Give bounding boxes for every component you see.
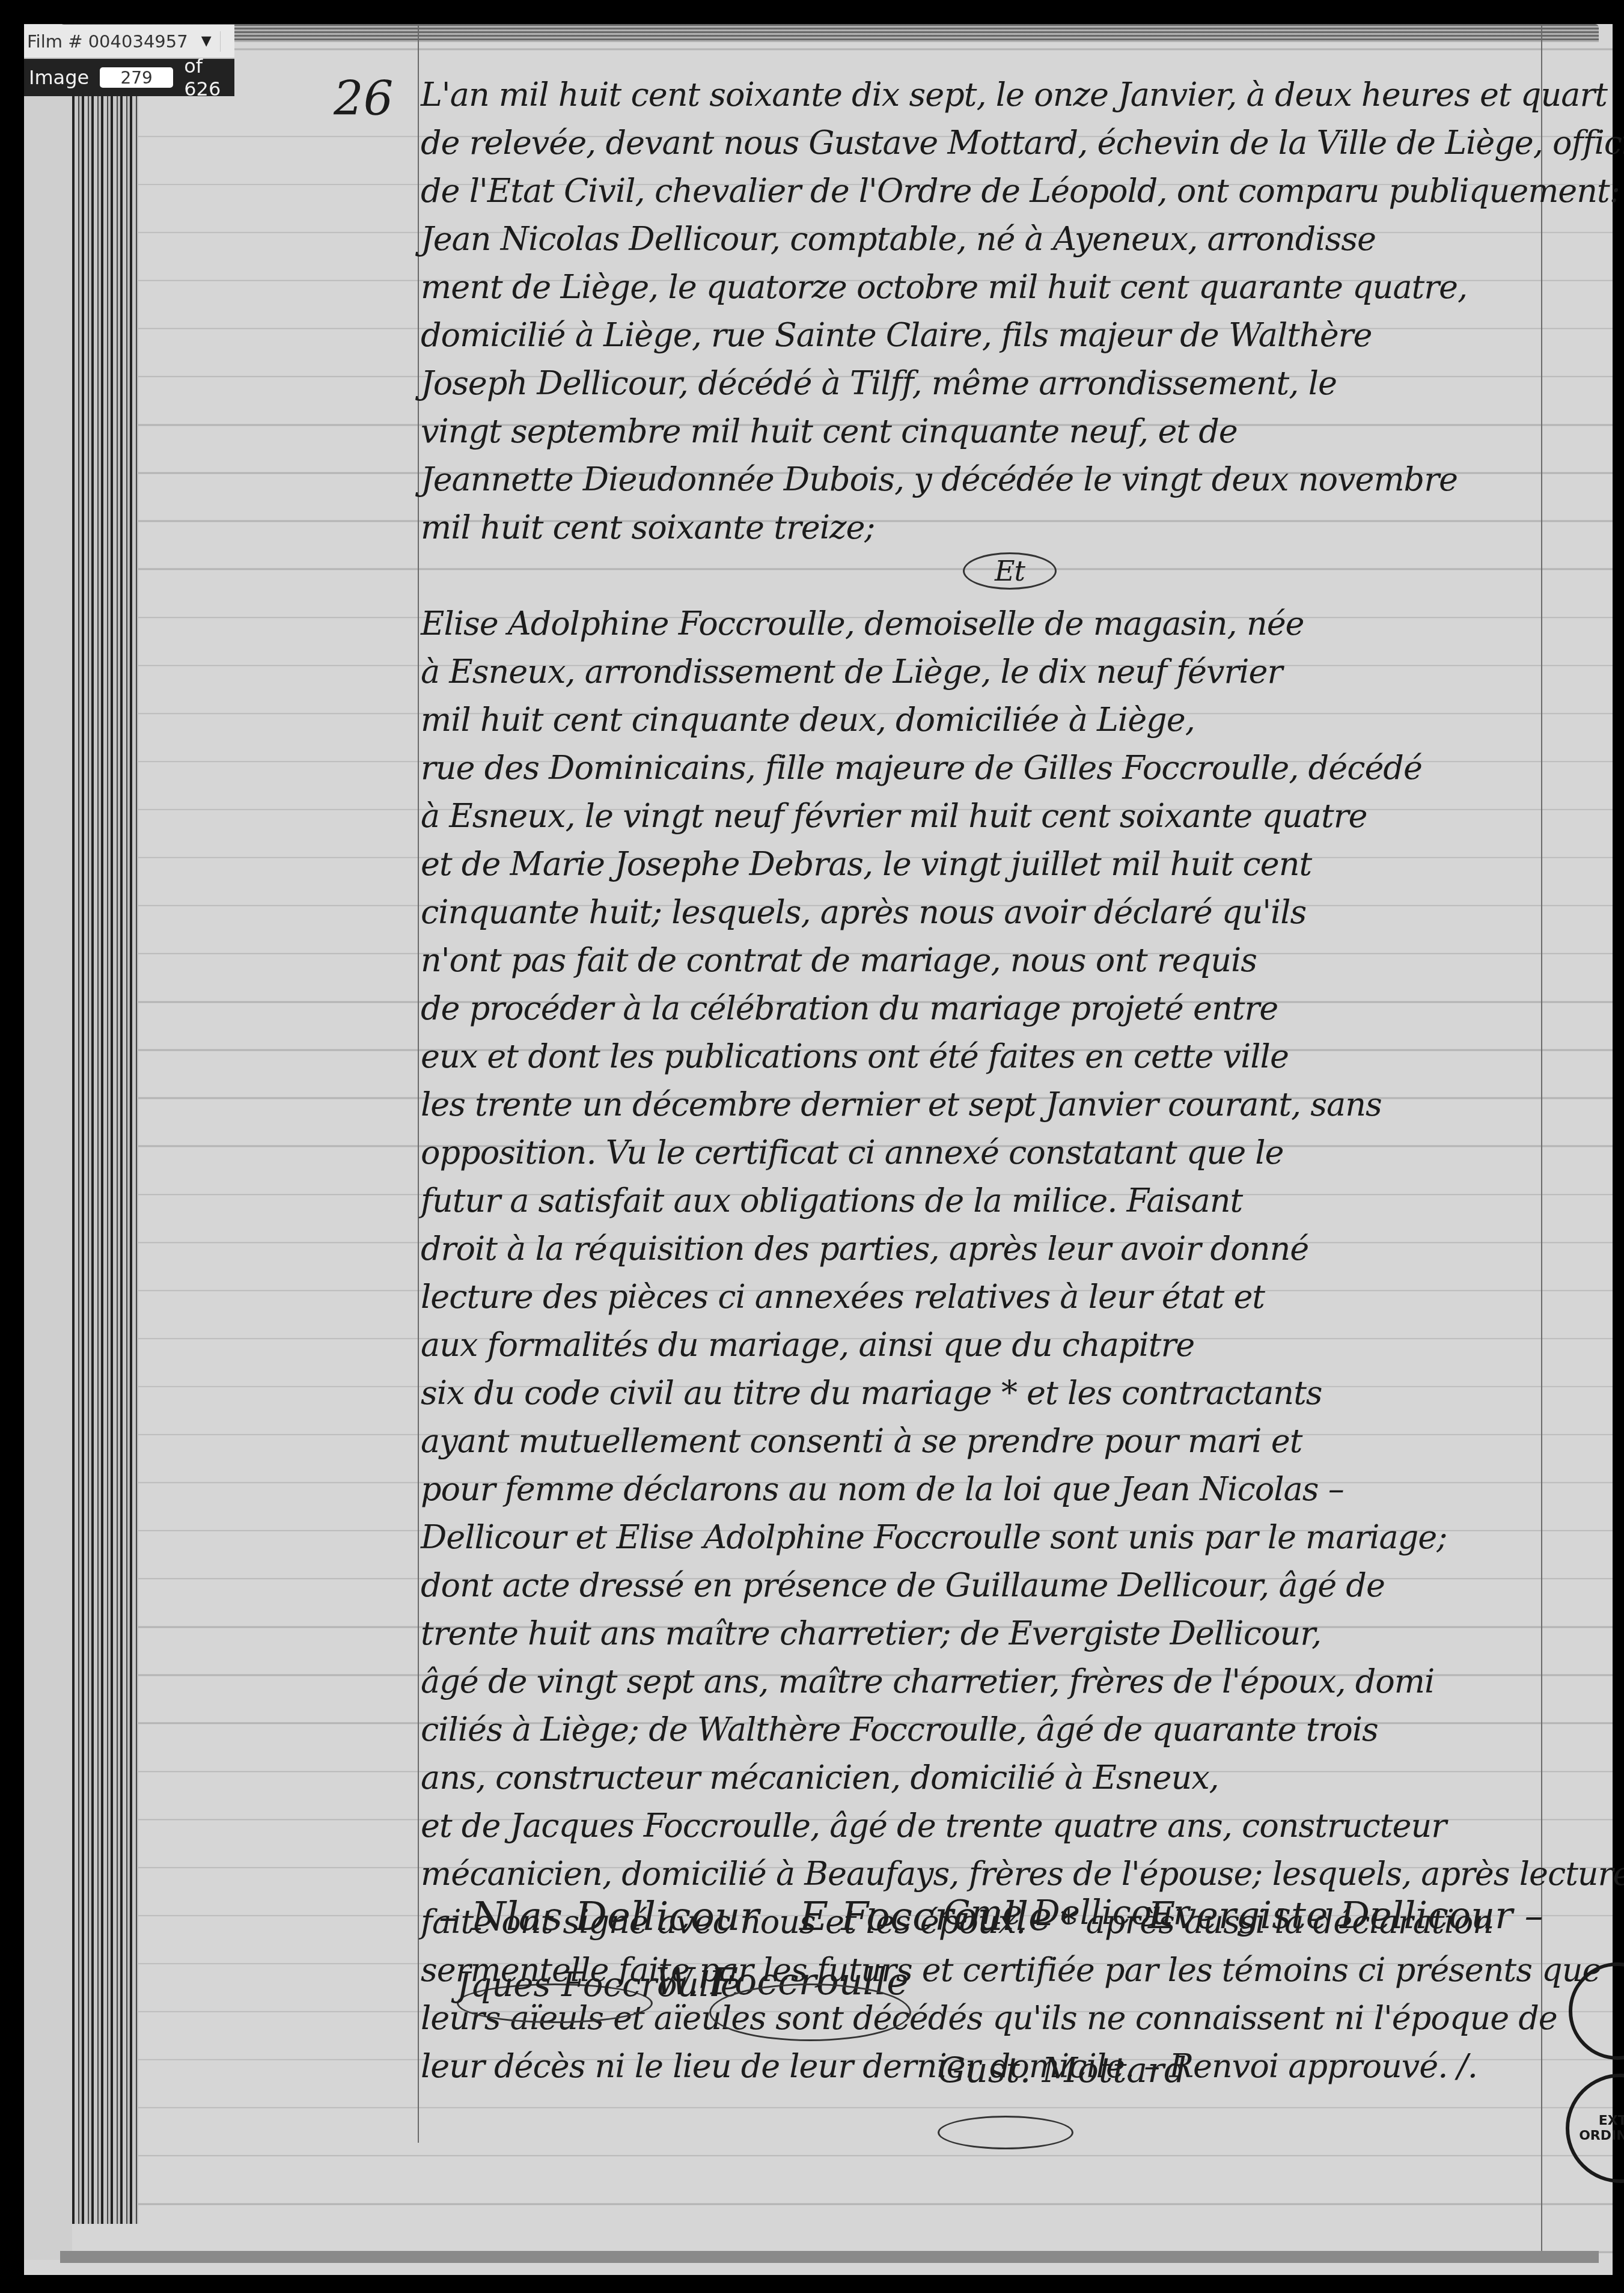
film-viewer-controls: Film # 004034957 ▼ Image of 626 xyxy=(24,25,234,96)
image-label: Image xyxy=(29,66,89,89)
text-line: lecture des pièces ci annexées relatives… xyxy=(421,1273,1563,1321)
text-line: rue des Dominicains, fille majeure de Gi… xyxy=(421,744,1563,792)
text-line: mil huit cent soixante treize; xyxy=(421,504,1563,552)
image-navigator: Image of 626 xyxy=(24,59,234,96)
signature-paraph xyxy=(938,2116,1073,2149)
signature-officer: Gust. Mottard xyxy=(938,2050,1186,2090)
text-line: six du code civil au titre du mariage * … xyxy=(421,1369,1563,1417)
text-line: de l'Etat Civil, chevalier de l'Ordre de… xyxy=(421,167,1563,215)
et-separator: Et xyxy=(421,552,1563,588)
text-line: et de Jacques Foccroulle, âgé de trente … xyxy=(421,1802,1563,1850)
text-line: les trente un décembre dernier et sept J… xyxy=(421,1081,1563,1129)
text-line: à Esneux, arrondissement de Liège, le di… xyxy=(421,648,1563,696)
text-line: aux formalités du mariage, ainsi que du … xyxy=(421,1321,1563,1369)
text-line: vingt septembre mil huit cent cinquante … xyxy=(421,408,1563,456)
text-line: cinquante huit; lesquels, après nous avo… xyxy=(421,888,1563,936)
text-line: domicilié à Liège, rue Sainte Claire, fi… xyxy=(421,311,1563,359)
signature-flourish xyxy=(709,1983,911,2041)
divider xyxy=(220,31,221,52)
text-line: ciliés à Liège; de Walthère Foccroulle, … xyxy=(421,1706,1563,1754)
caret-down-icon[interactable]: ▼ xyxy=(201,34,212,49)
text-line: opposition. Vu le certificat ci annexé c… xyxy=(421,1129,1563,1177)
text-line: ayant mutuellement consenti à se prendre… xyxy=(421,1417,1563,1465)
image-total-label: of 626 xyxy=(184,55,234,100)
text-line: à Esneux, le vingt neuf février mil huit… xyxy=(421,792,1563,840)
text-line: et de Marie Josephe Debras, le vingt jui… xyxy=(421,840,1563,888)
binding-strip xyxy=(24,96,72,2260)
book-binding-edges xyxy=(72,96,138,2224)
page-bottom-edge xyxy=(60,2251,1599,2263)
text-line: âgé de vingt sept ans, maître charretier… xyxy=(421,1658,1563,1706)
text-line: trente huit ans maître charretier; de Ev… xyxy=(421,1610,1563,1658)
text-line: mécanicien, domicilié à Beaufays, frères… xyxy=(421,1850,1563,1898)
text-line: futur a satisfait aux obligations de la … xyxy=(421,1177,1563,1225)
et-circled-label: Et xyxy=(963,552,1057,590)
text-line: L'an mil huit cent soixante dix sept, le… xyxy=(421,71,1563,119)
text-line: de procéder à la célébration du mariage … xyxy=(421,985,1563,1033)
text-line: eux et dont les publications ont été fai… xyxy=(421,1033,1563,1081)
text-line: Jeannette Dieudonnée Dubois, y décédée l… xyxy=(421,456,1563,504)
text-line: mil huit cent cinquante deux, domiciliée… xyxy=(421,696,1563,744)
page-stack-top-edge xyxy=(60,24,1599,42)
film-number-label: Film # 004034957 xyxy=(27,31,188,52)
text-line: dont acte dressé en présence de Guillaum… xyxy=(421,1562,1563,1610)
text-line: n'ont pas fait de contrat de mariage, no… xyxy=(421,936,1563,985)
text-line: de relevée, devant nous Gustave Mottard,… xyxy=(421,119,1563,167)
film-selector[interactable]: Film # 004034957 ▼ xyxy=(24,25,234,59)
signatures: – Nlas Dellicour E Foccroulle Gme Dellic… xyxy=(421,1893,1551,2164)
text-line: Dellicour et Elise Adolphine Foccroulle … xyxy=(421,1513,1563,1562)
entry-number: 26 xyxy=(334,72,393,126)
signature-groom: – Nlas Dellicour xyxy=(439,1893,759,1940)
signature-witness-evergiste: Evergiste Dellicour – xyxy=(1148,1893,1543,1937)
left-margin-rule xyxy=(418,24,419,2143)
image-number-input[interactable] xyxy=(100,67,173,88)
text-line: pour femme déclarons au nom de la loi qu… xyxy=(421,1465,1563,1513)
text-line: ment de Liège, le quatorze octobre mil h… xyxy=(421,263,1563,311)
text-line: Joseph Dellicour, décédé à Tilff, même a… xyxy=(421,359,1563,408)
text-line: ans, constructeur mécanicien, domicilié … xyxy=(421,1754,1563,1802)
text-line: droit à la réquisition des parties, aprè… xyxy=(421,1225,1563,1273)
text-line: Jean Nicolas Dellicour, comptable, né à … xyxy=(421,215,1563,263)
text-line: Elise Adolphine Foccroulle, demoiselle d… xyxy=(421,600,1563,648)
record-text: L'an mil huit cent soixante dix sept, le… xyxy=(421,71,1563,2090)
